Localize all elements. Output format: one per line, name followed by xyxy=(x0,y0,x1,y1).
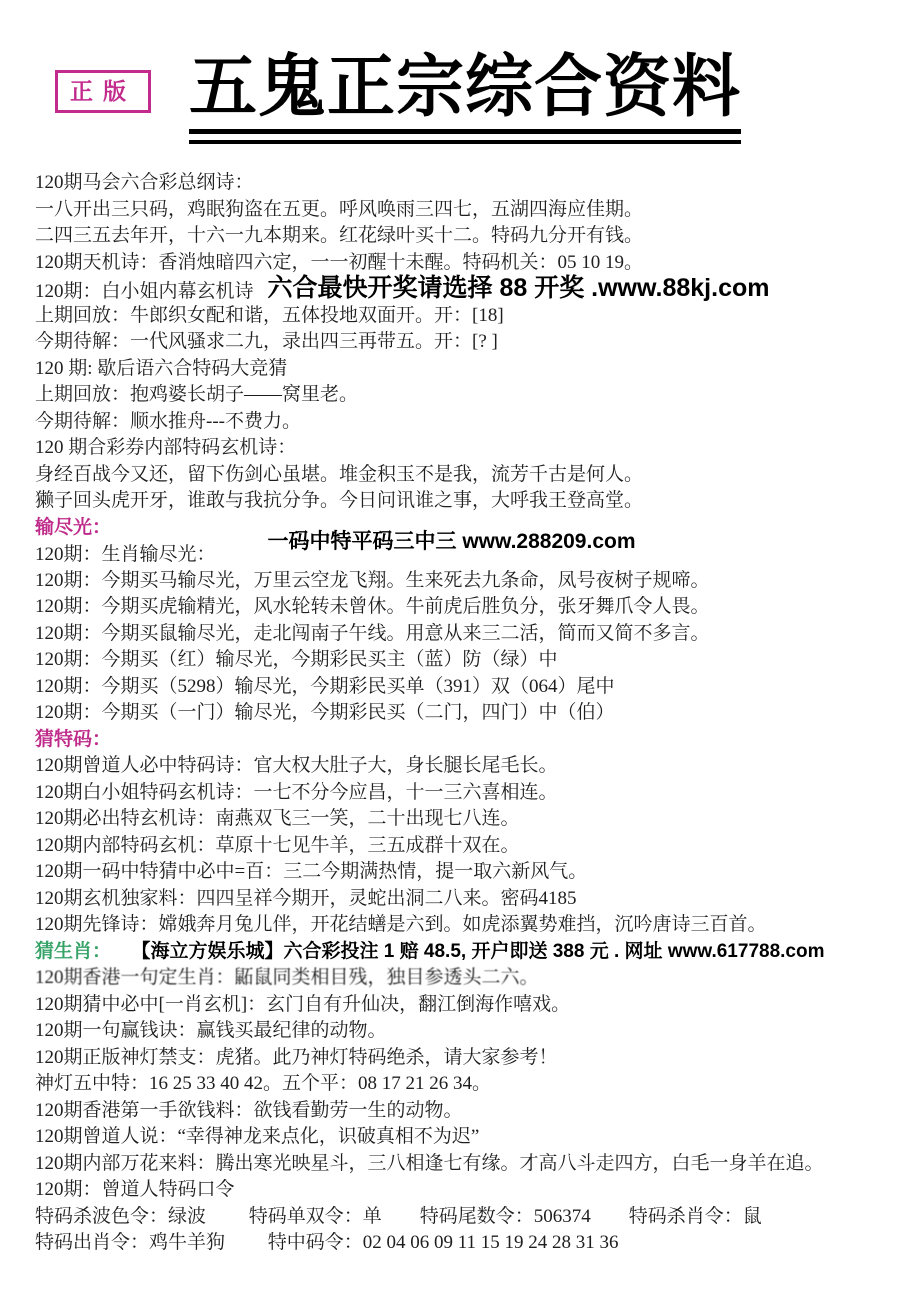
header: 正版 五鬼正宗综合资料 xyxy=(0,0,900,144)
inline-ad-text: 【海立方娱乐城】六合彩投注 1 赔 48.5, 开户即送 388 元 . 网址 … xyxy=(141,941,824,962)
line-text: 上期回放：牛郎织女配和谐，五体投地双面开。开：[18] xyxy=(35,305,504,326)
line-text: 120期：今期买（红）输尽光，今期彩民买主（蓝）防（绿）中 xyxy=(35,649,558,670)
line-text: 120期曾道人必中特码诗：官大权大肚子大，身长腿长尾毛长。 xyxy=(35,755,558,776)
text-line: 特码杀波色令：绿波 特码单双令：单 特码尾数令：506374 特码杀肖令：鼠 xyxy=(35,1204,885,1231)
text-line: 特码出肖令：鸡牛羊狗 特中码令：02 04 06 09 11 15 19 24 … xyxy=(35,1230,885,1257)
text-line: 120 期合彩券内部特码玄机诗： xyxy=(35,435,885,462)
text-line: 120期曾道人说：“幸得神龙来点化，识破真相不为迟” xyxy=(35,1124,885,1151)
line-text: 120期白小姐特码玄机诗：一七不分今应昌，十一三六喜相连。 xyxy=(35,782,558,803)
text-line: 120期香港一句定生肖：鼫鼠同类相目残，独目参透头二六。 xyxy=(35,965,885,992)
line-text: 身经百战今又还，留下伤剑心虽堪。堆金积玉不是我，流芳千古是何人。 xyxy=(35,464,643,485)
text-line: 120期必出特玄机诗：南燕双飞三一笑，二十出现七八连。 xyxy=(35,806,885,833)
authentic-badge: 正版 xyxy=(55,70,151,113)
line-text: 120期一句赢钱诀：赢钱买最纪律的动物。 xyxy=(35,1020,387,1041)
line-text: 120期：生肖输尽光： xyxy=(35,544,216,565)
text-line: 身经百战今又还，留下伤剑心虽堪。堆金积玉不是我，流芳千古是何人。 xyxy=(35,462,885,489)
text-line: 一八开出三只码，鸡眠狗盗在五更。呼风唤雨三四七，五湖四海应佳期。 xyxy=(35,197,885,224)
text-line: 120期马会六合彩总纲诗： xyxy=(35,170,885,197)
text-line: 120期内部万花来料：腾出寒光映星斗，三八相逢七有缘。才高八斗走四方，白毛一身羊… xyxy=(35,1151,885,1178)
text-line: 120期白小姐特码玄机诗：一七不分今应昌，十一三六喜相连。 xyxy=(35,780,885,807)
text-line: 猜特码： xyxy=(35,727,885,754)
line-text: 120期一码中特猜中必中=百：三二今期满热情，提一取六新风气。 xyxy=(35,861,587,882)
line-text: 120期必出特玄机诗：南燕双飞三一笑，二十出现七八连。 xyxy=(35,808,520,829)
line-text: 120期曾道人说：“幸得神龙来点化，识破真相不为迟” xyxy=(35,1126,479,1147)
text-line: 120期内部特码玄机：草原十七见牛羊，三五成群十双在。 xyxy=(35,833,885,860)
text-line: 神灯五中特：16 25 33 40 42。五个平：08 17 21 26 34。 xyxy=(35,1071,885,1098)
line-text: 特码杀波色令：绿波 特码单双令：单 特码尾数令：506374 特码杀肖令：鼠 xyxy=(35,1206,762,1227)
text-line: 今期待解：一代风骚求二九，录出四三再带五。开：[? ] xyxy=(35,329,885,356)
inline-ad-text: 一码中特平码三中三 www.288209.com xyxy=(268,530,636,553)
text-line: 上期回放：抱鸡婆长胡子——窝里老。 xyxy=(35,382,885,409)
text-line: 120期先锋诗：嫦娥奔月兔儿伴，开花结蟮是六到。如虎添翼势难挡，沉吟唐诗三百首。 xyxy=(35,912,885,939)
line-text: 120期：今期买（一门）输尽光，今期彩民买（二门，四门）中（伯） xyxy=(35,702,615,723)
line-text: 120期天机诗：香消烛暗四六定，一一初醒十未醒。特码机关：05 10 19。 xyxy=(35,252,643,273)
line-text: 120期：今期买虎输精光，风水轮转未曾休。牛前虎后胜负分，张牙舞爪令人畏。 xyxy=(35,596,710,617)
title-block: 五鬼正宗综合资料 xyxy=(189,52,741,144)
line-text: 120期猜中必中[一肖玄机]：玄门自有升仙决，翻江倒海作嘻戏。 xyxy=(35,994,570,1015)
line-text: 120期：今期买鼠输尽光，走北闯南子午线。用意从来三二活，简而又简不多言。 xyxy=(35,623,710,644)
text-line: 120期：白小姐内幕玄机诗六合最快开奖请选择 88 开奖 .www.88kj.c… xyxy=(35,276,885,303)
text-line: 120期玄机独家料：四四呈祥今期开，灵蛇出洞二八来。密码4185 xyxy=(35,886,885,913)
line-text: 二四三五去年开，十六一九本期来。红花绿叶买十二。特码九分开有钱。 xyxy=(35,225,643,246)
text-line: 120期：曾道人特码口令 xyxy=(35,1177,885,1204)
content-lines: 120期马会六合彩总纲诗：一八开出三只码，鸡眠狗盗在五更。呼风唤雨三四七，五湖四… xyxy=(0,170,900,1257)
text-line: 獭子回头虎开牙，谁敢与我抗分争。今日问讯谁之事，大呼我王登高堂。 xyxy=(35,488,885,515)
text-line: 120期香港第一手欲钱料：欲钱看勤劳一生的动物。 xyxy=(35,1098,885,1125)
line-text: 今期待解：顺水推舟---不费力。 xyxy=(35,411,301,432)
text-line: 上期回放：牛郎织女配和谐，五体投地双面开。开：[18] xyxy=(35,303,885,330)
line-text: 120 期合彩券内部特码玄机诗： xyxy=(35,437,296,458)
line-text: 120期：今期买（5298）输尽光，今期彩民买单（391）双（064）尾中 xyxy=(35,676,615,697)
line-text: 120期香港第一手欲钱料：欲钱看勤劳一生的动物。 xyxy=(35,1100,463,1121)
line-text: 120期：今期买马输尽光，万里云空龙飞翔。生来死去九条命，凤号夜树子规啼。 xyxy=(35,570,710,591)
text-line: 120期：生肖输尽光：一码中特平码三中三 www.288209.com xyxy=(35,541,885,568)
line-text: 120期：白小姐内幕玄机诗 xyxy=(35,281,254,302)
line-text: 猜生肖： xyxy=(35,941,111,962)
line-text: 今期待解：一代风骚求二九，录出四三再带五。开：[? ] xyxy=(35,331,498,352)
text-line: 120 期: 歇后语六合特码大竞猜 xyxy=(35,356,885,383)
line-text: 120期内部万花来料：腾出寒光映星斗，三八相逢七有缘。才高八斗走四方，白毛一身羊… xyxy=(35,1153,824,1174)
text-line: 120期天机诗：香消烛暗四六定，一一初醒十未醒。特码机关：05 10 19。 xyxy=(35,250,885,277)
authentic-badge-label: 正版 xyxy=(70,79,136,104)
text-line: 二四三五去年开，十六一九本期来。红花绿叶买十二。特码九分开有钱。 xyxy=(35,223,885,250)
line-text: 120期香港一句定生肖：鼫鼠同类相目残，独目参透头二六。 xyxy=(35,967,539,988)
text-line: 120期曾道人必中特码诗：官大权大肚子大，身长腿长尾毛长。 xyxy=(35,753,885,780)
text-line: 猜生肖：【海立方娱乐城】六合彩投注 1 赔 48.5, 开户即送 388 元 .… xyxy=(35,939,885,966)
line-text: 神灯五中特：16 25 33 40 42。五个平：08 17 21 26 34。 xyxy=(35,1073,491,1094)
line-text: 120期：曾道人特码口令 xyxy=(35,1179,235,1200)
line-text: 一八开出三只码，鸡眠狗盗在五更。呼风唤雨三四七，五湖四海应佳期。 xyxy=(35,199,643,220)
text-line: 120期猜中必中[一肖玄机]：玄门自有升仙决，翻江倒海作嘻戏。 xyxy=(35,992,885,1019)
text-line: 120期：今期买鼠输尽光，走北闯南子午线。用意从来三二活，简而又简不多言。 xyxy=(35,621,885,648)
text-line: 120期：今期买马输尽光，万里云空龙飞翔。生来死去九条命，凤号夜树子规啼。 xyxy=(35,568,885,595)
inline-ad-text: 六合最快开奖请选择 88 开奖 .www.88kj.com xyxy=(268,274,770,302)
line-text: 120期先锋诗：嫦娥奔月兔儿伴，开花结蟮是六到。如虎添翼势难挡，沉吟唐诗三百首。 xyxy=(35,914,767,935)
line-text: 120期内部特码玄机：草原十七见牛羊，三五成群十双在。 xyxy=(35,835,520,856)
line-text: 獭子回头虎开牙，谁敢与我抗分争。今日问讯谁之事，大呼我王登高堂。 xyxy=(35,490,643,511)
text-line: 今期待解：顺水推舟---不费力。 xyxy=(35,409,885,436)
line-text: 特码出肖令：鸡牛羊狗 特中码令：02 04 06 09 11 15 19 24 … xyxy=(35,1232,619,1253)
title-double-underline xyxy=(189,129,741,144)
text-line: 120期：今期买（5298）输尽光，今期彩民买单（391）双（064）尾中 xyxy=(35,674,885,701)
page-title: 五鬼正宗综合资料 xyxy=(189,52,741,123)
text-line: 120期一句赢钱诀：赢钱买最纪律的动物。 xyxy=(35,1018,885,1045)
line-text: 上期回放：抱鸡婆长胡子——窝里老。 xyxy=(35,384,358,405)
line-text: 120 期: 歇后语六合特码大竞猜 xyxy=(35,358,287,379)
text-line: 120期：今期买（红）输尽光，今期彩民买主（蓝）防（绿）中 xyxy=(35,647,885,674)
text-line: 120期正版神灯禁支：虎猪。此乃神灯特码绝杀，请大家参考！ xyxy=(35,1045,885,1072)
line-text: 120期马会六合彩总纲诗： xyxy=(35,172,254,193)
line-text: 猜特码： xyxy=(35,729,111,750)
text-line: 120期一码中特猜中必中=百：三二今期满热情，提一取六新风气。 xyxy=(35,859,885,886)
text-line: 120期：今期买（一门）输尽光，今期彩民买（二门，四门）中（伯） xyxy=(35,700,885,727)
line-text: 输尽光： xyxy=(35,517,111,538)
text-line: 120期：今期买虎输精光，风水轮转未曾休。牛前虎后胜负分，张牙舞爪令人畏。 xyxy=(35,594,885,621)
line-text: 120期玄机独家料：四四呈祥今期开，灵蛇出洞二八来。密码4185 xyxy=(35,888,577,909)
line-text: 120期正版神灯禁支：虎猪。此乃神灯特码绝杀，请大家参考！ xyxy=(35,1047,558,1068)
